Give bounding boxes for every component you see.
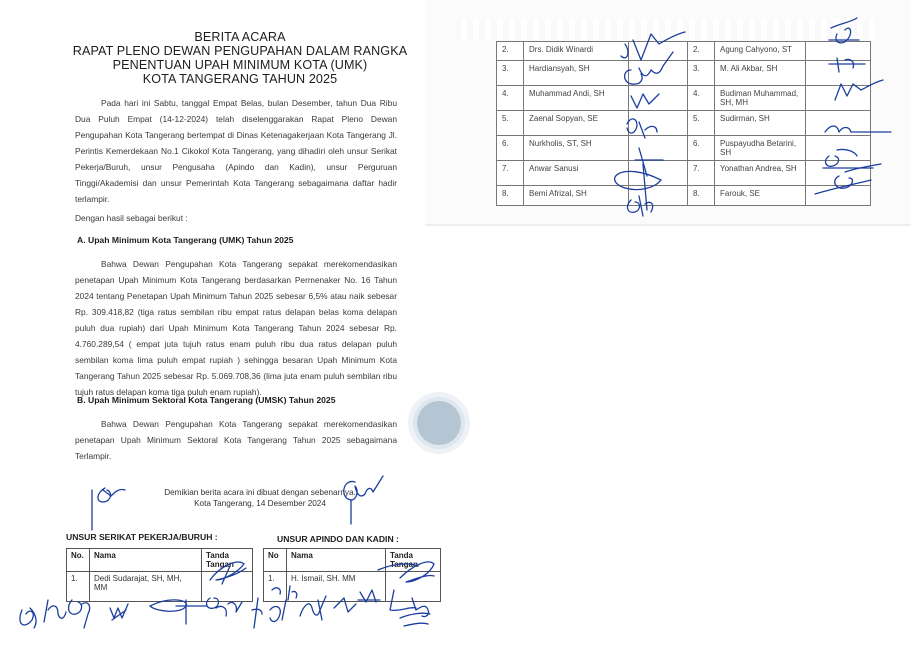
table-row: 1. H. Ismail, SH. MM — [264, 572, 441, 602]
row-signature — [806, 161, 871, 186]
row-no: 4. — [688, 86, 715, 111]
row-name: Muhammad Andi, SH — [524, 86, 629, 111]
document-title: BERITA ACARA RAPAT PLENO DEWAN PENGUPAHA… — [60, 30, 420, 86]
workers-label: UNSUR SERIKAT PEKERJA/BURUH : — [66, 532, 218, 542]
row-no: 2. — [688, 42, 715, 61]
table-row: 5. Zaenal Sopyan, SE — [497, 111, 707, 136]
row-signature — [806, 186, 871, 206]
row-name: Bemi Afrizal, SH — [524, 186, 629, 206]
row-name: H. Ismail, SH. MM — [287, 572, 386, 602]
row-name: Drs. Didik Winardi — [524, 42, 629, 61]
attendance-table-left: 2. Drs. Didik Winardi 3. Hardiansyah, SH… — [496, 41, 707, 206]
row-signature — [806, 111, 871, 136]
row-no: 6. — [688, 136, 715, 161]
row-no: 6. — [497, 136, 524, 161]
row-signature — [202, 572, 253, 602]
col-no: No — [264, 549, 287, 572]
table-row: 8. Bemi Afrizal, SH — [497, 186, 707, 206]
employers-signature-table: No Nama Tanda Tangan 1. H. Ismail, SH. M… — [263, 548, 441, 602]
row-name: Budiman Muhammad, SH, MH — [715, 86, 806, 111]
title-line: PENENTUAN UPAH MINIMUM KOTA (UMK) — [60, 58, 420, 72]
row-signature — [806, 136, 871, 161]
row-no: 3. — [497, 61, 524, 86]
table-row: 6. Puspayudha Betarini, SH — [688, 136, 871, 161]
document-page: BERITA ACARA RAPAT PLENO DEWAN PENGUPAHA… — [0, 0, 420, 650]
table-row: 4. Budiman Muhammad, SH, MH — [688, 86, 871, 111]
title-line: RAPAT PLENO DEWAN PENGUPAHAN DALAM RANGK… — [60, 44, 420, 58]
row-signature — [806, 42, 871, 61]
circle-icon — [417, 401, 461, 445]
section-b-heading: B. Upah Minimum Sektoral Kota Tangerang … — [77, 395, 335, 405]
row-no: 1. — [67, 572, 90, 602]
row-name: Yonathan Andrea, SH — [715, 161, 806, 186]
row-no: 5. — [497, 111, 524, 136]
table-row: 7. Anwar Sanusi — [497, 161, 707, 186]
table-row: 6. Nurkholis, ST, SH — [497, 136, 707, 161]
opening-paragraph: Pada hari ini Sabtu, tanggal Empat Belas… — [75, 95, 397, 207]
table-row: 3. Hardiansyah, SH — [497, 61, 707, 86]
row-signature — [806, 86, 871, 111]
row-name: Agung Cahyono, ST — [715, 42, 806, 61]
row-no: 1. — [264, 572, 287, 602]
row-name: Nurkholis, ST, SH — [524, 136, 629, 161]
row-no: 8. — [497, 186, 524, 206]
row-name: Sudirman, SH — [715, 111, 806, 136]
col-no: No. — [67, 549, 90, 572]
title-line: BERITA ACARA — [60, 30, 420, 44]
row-no: 7. — [497, 161, 524, 186]
row-name: Anwar Sanusi — [524, 161, 629, 186]
closing-statement: Demikian berita acara ini dibuat dengan … — [130, 487, 390, 509]
table-row: 2. Agung Cahyono, ST — [688, 42, 871, 61]
row-signature — [806, 61, 871, 86]
table-row: 2. Drs. Didik Winardi — [497, 42, 707, 61]
results-intro: Dengan hasil sebagai berikut : — [75, 210, 397, 226]
row-no: 5. — [688, 111, 715, 136]
row-name: Hardiansyah, SH — [524, 61, 629, 86]
row-no: 7. — [688, 161, 715, 186]
employers-label: UNSUR APINDO DAN KADIN : — [277, 534, 399, 544]
row-name: Farouk, SE — [715, 186, 806, 206]
row-name: Zaenal Sopyan, SE — [524, 111, 629, 136]
col-name: Nama — [90, 549, 202, 572]
section-b-body: Bahwa Dewan Pengupahan Kota Tangerang se… — [75, 416, 397, 464]
col-signature: Tanda Tangan — [386, 549, 441, 572]
table-row: 1. Dedi Sudarajat, SH, MH, MM — [67, 572, 253, 602]
row-signature — [386, 572, 441, 602]
section-a-heading: A. Upah Minimum Kota Tangerang (UMK) Tah… — [77, 235, 293, 245]
table-row: 8. Farouk, SE — [688, 186, 871, 206]
row-no: 2. — [497, 42, 524, 61]
col-name: Nama — [287, 549, 386, 572]
table-row: 3. M. Ali Akbar, SH — [688, 61, 871, 86]
row-no: 8. — [688, 186, 715, 206]
table-row: 5. Sudirman, SH — [688, 111, 871, 136]
closing-date: Kota Tangerang, 14 Desember 2024 — [130, 498, 390, 509]
floating-circle-button[interactable] — [408, 392, 470, 454]
scan-edge — [425, 224, 911, 226]
table-row: 4. Muhammad Andi, SH — [497, 86, 707, 111]
scan-artifact — [455, 18, 875, 40]
row-no: 4. — [497, 86, 524, 111]
attendance-table-right: 2. Agung Cahyono, ST 3. M. Ali Akbar, SH… — [687, 41, 871, 206]
section-a-body: Bahwa Dewan Pengupahan Kota Tangerang se… — [75, 256, 397, 400]
attendance-attachment: 2. Drs. Didik Winardi 3. Hardiansyah, SH… — [425, 0, 911, 226]
row-no: 3. — [688, 61, 715, 86]
table-row: 7. Yonathan Andrea, SH — [688, 161, 871, 186]
title-line: KOTA TANGERANG TAHUN 2025 — [60, 72, 420, 86]
row-name: M. Ali Akbar, SH — [715, 61, 806, 86]
workers-signature-table: No. Nama Tanda Tangan 1. Dedi Sudarajat,… — [66, 548, 253, 602]
row-name: Dedi Sudarajat, SH, MH, MM — [90, 572, 202, 602]
closing-line: Demikian berita acara ini dibuat dengan … — [130, 487, 390, 498]
col-signature: Tanda Tangan — [202, 549, 253, 572]
row-name: Puspayudha Betarini, SH — [715, 136, 806, 161]
